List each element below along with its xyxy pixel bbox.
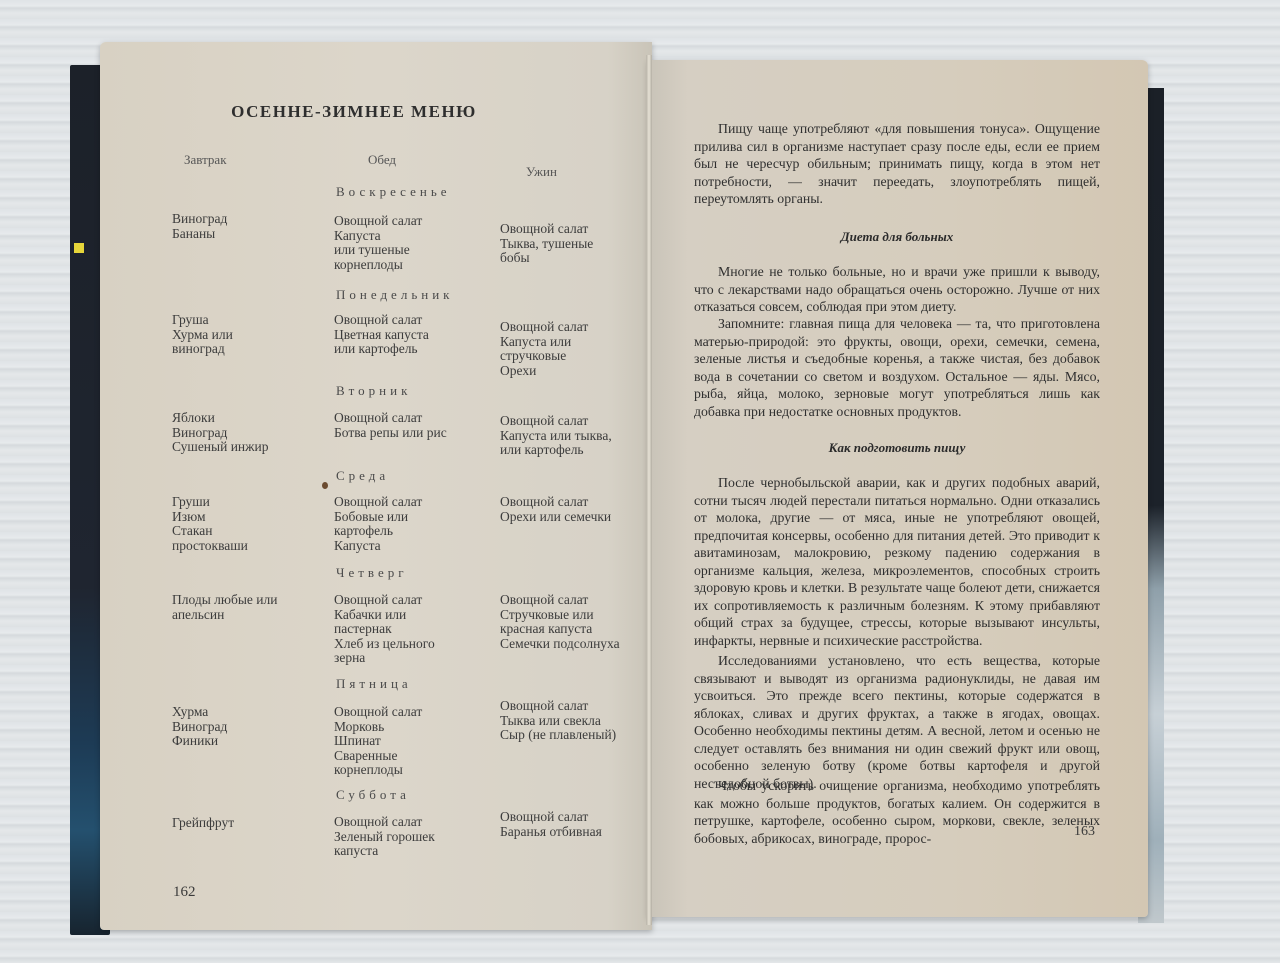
- day-heading-tuesday: Вторник: [336, 383, 411, 399]
- page-stain: [322, 482, 328, 489]
- lunch-wednesday: Овощной салат Бобовые или картофель Капу…: [334, 495, 422, 553]
- day-heading-saturday: Суббота: [336, 787, 410, 803]
- column-header-lunch: Обед: [368, 152, 396, 168]
- dinner-saturday: Овощной салат Баранья отбивная: [500, 810, 602, 839]
- diet-paragraph-1: Многие не только больные, но и врачи уже…: [694, 263, 1100, 316]
- dinner-tuesday: Овощной салат Капуста или тыква, или кар…: [500, 414, 612, 458]
- breakfast-friday: Хурма Виноград Финики: [172, 705, 227, 749]
- breakfast-sunday: Виноград Бананы: [172, 212, 227, 241]
- lunch-sunday: Овощной салат Капуста или тушеные корнеп…: [334, 214, 422, 272]
- lunch-thursday: Овощной салат Кабачки или пастернак Хлеб…: [334, 593, 435, 666]
- lunch-friday: Овощной салат Морковь Шпинат Сваренные к…: [334, 705, 422, 778]
- breakfast-thursday: Плоды любые или апельсин: [172, 593, 277, 622]
- food-prep-paragraph-3: Чтобы ускорить очищение организма, необх…: [694, 777, 1100, 847]
- food-prep-paragraph-1: После чернобыльской аварии, как и других…: [694, 474, 1100, 649]
- intro-paragraph: Пищу чаще употребляют «для повышения тон…: [694, 120, 1100, 208]
- lunch-saturday: Овощной салат Зеленый горошек капуста: [334, 815, 435, 859]
- section-heading-food-prep: Как подготовить пищу: [694, 440, 1100, 456]
- day-heading-monday: Понедельник: [336, 287, 453, 303]
- dinner-sunday: Овощной салат Тыква, тушеные бобы: [500, 222, 593, 266]
- breakfast-tuesday: Яблоки Виноград Сушеный инжир: [172, 411, 268, 455]
- day-heading-friday: Пятница: [336, 676, 412, 692]
- day-heading-thursday: Четверг: [336, 565, 408, 581]
- lunch-tuesday: Овощной салат Ботва репы или рис: [334, 411, 447, 440]
- yellow-bookmark-tab: [74, 243, 84, 253]
- day-heading-sunday: Воскресенье: [336, 184, 451, 200]
- food-prep-paragraph-2: Исследованиями установлено, что есть вещ…: [694, 652, 1100, 792]
- breakfast-saturday: Грейпфрут: [172, 816, 234, 831]
- breakfast-monday: Груша Хурма или виноград: [172, 313, 233, 357]
- column-header-dinner: Ужин: [526, 164, 557, 180]
- diet-paragraph-2: Запомните: главная пища для человека — т…: [694, 315, 1100, 420]
- menu-title: ОСЕННЕ-ЗИМНЕЕ МЕНЮ: [184, 102, 524, 122]
- dinner-friday: Овощной салат Тыква или свекла Сыр (не п…: [500, 699, 616, 743]
- day-heading-wednesday: Среда: [336, 468, 389, 484]
- dinner-wednesday: Овощной салат Орехи или семечки: [500, 495, 611, 524]
- lunch-monday: Овощной салат Цветная капуста или картоф…: [334, 313, 429, 357]
- page-number-right: 163: [1074, 824, 1095, 840]
- breakfast-wednesday: Груши Изюм Стакан простокваши: [172, 495, 248, 553]
- book-gutter: [646, 55, 652, 925]
- page-number-left: 162: [173, 884, 196, 901]
- dinner-thursday: Овощной салат Стручковые или красная кап…: [500, 593, 620, 651]
- column-header-breakfast: Завтрак: [184, 152, 227, 168]
- dinner-monday: Овощной салат Капуста или стручковые Оре…: [500, 320, 588, 378]
- section-heading-diet-for-sick: Диета для больных: [694, 229, 1100, 245]
